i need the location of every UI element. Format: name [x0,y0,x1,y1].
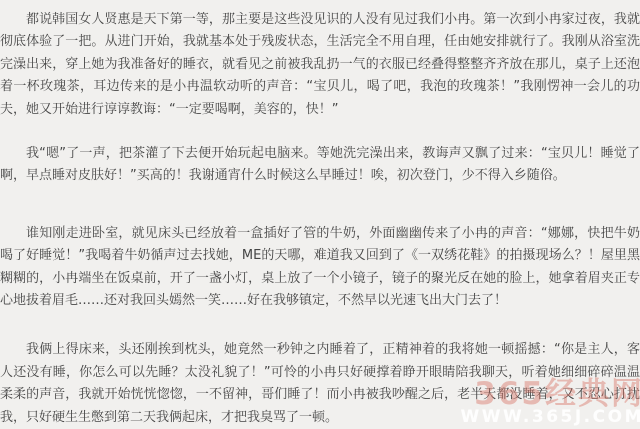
story-paragraph-2: 我“嗯”了一声，把茶灌了下去便开始玩起电脑来。等她洗完澡出来，教诲声又飘了过来：… [0,143,640,188]
story-paragraph-1: 都说韩国女人贤惠是天下第一等，那主要是这些没见识的人没有见过我们小冉。第一次到小… [0,9,640,121]
story-paragraph-3: 谁知刚走进卧室，就见床头已经放着一盒插好了管的牛奶，外面幽幽传来了小冉的声音：“… [0,223,640,313]
article-page: 都说韩国女人贤惠是天下第一等，那主要是这些没见识的人没有见过我们小冉。第一次到小… [0,0,640,429]
story-paragraph-4: 我俩上得床来，头还刚挨到枕头，她竟然一秒钟之内睡着了，正精神着的我将她一顿摇撼：… [0,339,640,429]
